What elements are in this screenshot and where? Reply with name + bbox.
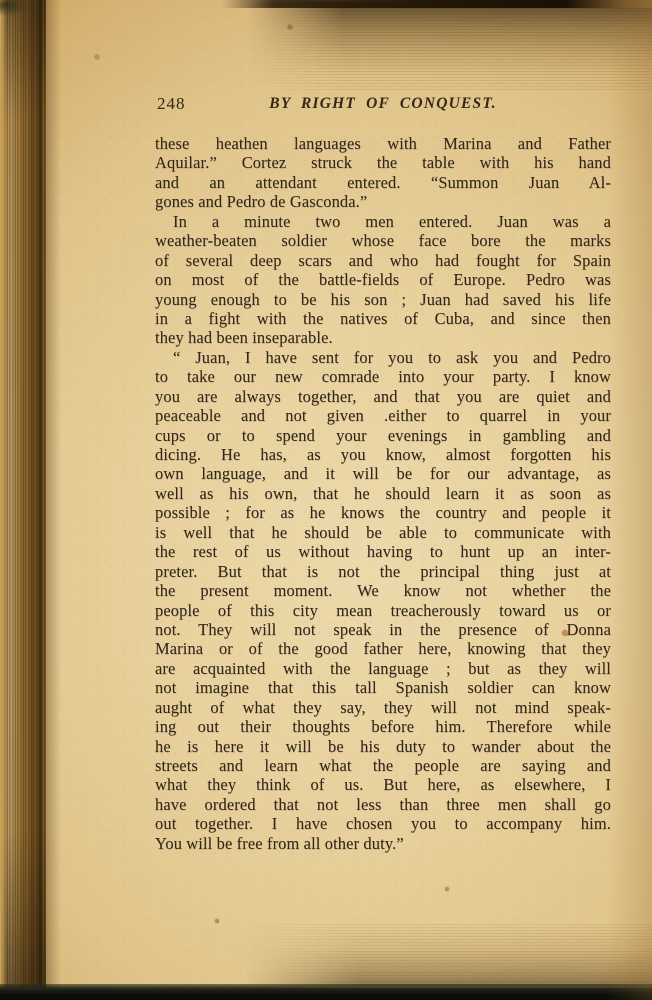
text-line: You will be free from all other duty.”: [155, 834, 611, 853]
text-line: out together. I have chosen you to accom…: [155, 814, 611, 833]
text-line: Aquilar.” Cortez struck the table with h…: [155, 153, 611, 172]
text-line: the present moment. We know not whether …: [155, 581, 611, 600]
text-line: are acquainted with the language ; but a…: [155, 659, 611, 678]
text-line: cups or to spend your evenings in gambli…: [155, 426, 611, 445]
text-line: of several deep scars and who had fought…: [155, 251, 611, 270]
text-line: people of this city mean treacherously t…: [155, 601, 611, 620]
text-line: is well that he should be able to commun…: [155, 523, 611, 542]
text-line: not imagine that this tall Spanish soldi…: [155, 678, 611, 697]
text-line: streets and learn what the people are sa…: [155, 756, 611, 775]
text-line: In a minute two men entered. Juan was a: [155, 212, 611, 231]
text-line: on most of the battle-fields of Europe. …: [155, 270, 611, 289]
text-line: own language, and it will be for our adv…: [155, 464, 611, 483]
text-line: peaceable and not given .either to quarr…: [155, 406, 611, 425]
text-line: well as his own, that he should learn it…: [155, 484, 611, 503]
scan-blur-bottom: [244, 924, 652, 986]
text-line: in a fight with the natives of Cuba, and…: [155, 309, 611, 328]
text-block: these heathen languages with Marina and …: [155, 134, 611, 853]
text-line: they had been inseparable.: [155, 328, 611, 347]
text-line: have ordered that not less than three me…: [155, 795, 611, 814]
scan-dark-edge-bottom: [0, 984, 652, 1000]
page-header: 248 BY RIGHT OF CONQUEST.: [155, 93, 611, 115]
paragraph: In a minute two men entered. Juan was aw…: [155, 212, 611, 348]
paragraph: “ Juan, I have sent for you to ask you a…: [155, 348, 611, 853]
text-line: you are always together, and that you ar…: [155, 387, 611, 406]
scan-dark-edge-top: [222, 0, 652, 8]
scanned-book-page: 248 BY RIGHT OF CONQUEST. these heathen …: [0, 0, 652, 1000]
text-line: weather-beaten soldier whose face bore t…: [155, 231, 611, 250]
paragraph: these heathen languages with Marina and …: [155, 134, 611, 212]
page-stack-edge: [0, 0, 46, 988]
text-line: ing out their thoughts before him. There…: [155, 717, 611, 736]
text-line: these heathen languages with Marina and …: [155, 134, 611, 153]
scan-blur-top: [248, 2, 652, 90]
text-line: to take our new comrade into your party.…: [155, 367, 611, 386]
text-line: he is here it will be his duty to wander…: [155, 737, 611, 756]
text-line: “ Juan, I have sent for you to ask you a…: [155, 348, 611, 367]
text-line: the rest of us without having to hunt up…: [155, 542, 611, 561]
text-line: preter. But that is not the principal th…: [155, 562, 611, 581]
text-line: young enough to be his son ; Juan had sa…: [155, 290, 611, 309]
text-line: gones and Pedro de Gasconda.”: [155, 192, 611, 211]
page-number: 248: [157, 94, 186, 114]
text-line: possible ; for as he knows the country a…: [155, 503, 611, 522]
text-line: not. They will not speak in the presence…: [155, 620, 611, 639]
text-line: and an attendant entered. “Summon Juan A…: [155, 173, 611, 192]
text-line: what they think of us. But here, as else…: [155, 775, 611, 794]
text-line: Marina or of the good father here, knowi…: [155, 639, 611, 658]
running-title: BY RIGHT OF CONQUEST.: [155, 93, 611, 113]
text-line: dicing. He has, as you know, almost forg…: [155, 445, 611, 464]
text-line: aught of what they say, they will not mi…: [155, 698, 611, 717]
